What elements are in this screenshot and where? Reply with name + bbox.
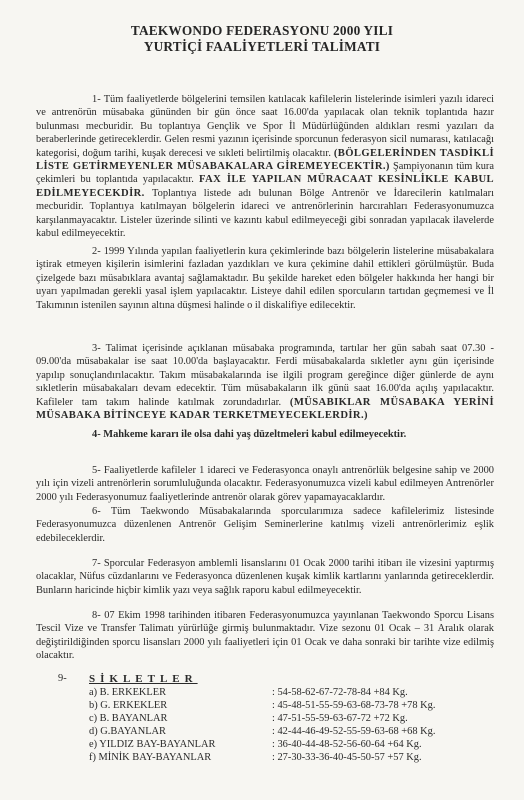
weight-category: c) B. BAYANLAR bbox=[89, 713, 167, 724]
paragraph-number: 4- bbox=[92, 429, 101, 440]
paragraph-text: Faaliyetlerde kafileler 1 idareci ve Fed… bbox=[36, 465, 494, 503]
weight-values: : 27-30-33-36-40-45-50-57 +57 Kg. bbox=[272, 752, 422, 763]
weight-category: d) G.BAYANLAR bbox=[89, 726, 166, 737]
paragraph-7: 7- Sporcular Federasyon amblemli lisansl… bbox=[36, 557, 494, 597]
paragraph-1: 1- Tüm faaliyetlerde bölgelerini temsile… bbox=[36, 93, 494, 240]
paragraph-number: 5- bbox=[92, 465, 101, 476]
weight-row: a) B. ERKEKLER : 54-58-62-67-72-78-84 +8… bbox=[89, 687, 509, 700]
paragraph-text: 1999 Yılında yapılan faaliyetlerin kura … bbox=[36, 246, 494, 311]
paragraph-number: 8- bbox=[92, 610, 101, 621]
document-title-line1: TAEKWONDO FEDERASYONU 2000 YILI bbox=[0, 23, 524, 39]
weight-values: : 47-51-55-59-63-67-72 +72 Kg. bbox=[272, 713, 408, 724]
section-number: 9- bbox=[58, 673, 67, 684]
weight-category: a) B. ERKEKLER bbox=[89, 687, 166, 698]
weight-category: f) MİNİK BAY-BAYANLAR bbox=[89, 752, 211, 763]
weight-row: b) G. ERKEKLER : 45-48-51-55-59-63-68-73… bbox=[89, 700, 509, 713]
paragraph-number: 2- bbox=[92, 246, 101, 257]
paragraph-number: 1- bbox=[92, 94, 101, 105]
document-title-line2: YURTİÇİ FAALİYETLERİ TALİMATI bbox=[0, 39, 524, 55]
paragraph-4: 4- Mahkeme kararı ile olsa dahi yaş düze… bbox=[36, 428, 494, 441]
weight-values: : 45-48-51-55-59-63-68-73-78 +78 Kg. bbox=[272, 700, 435, 711]
paragraph-number: 3- bbox=[92, 343, 101, 354]
weight-values: : 36-40-44-48-52-56-60-64 +64 Kg. bbox=[272, 739, 422, 750]
paragraph-2: 2- 1999 Yılında yapılan faaliyetlerin ku… bbox=[36, 245, 494, 312]
weight-category: b) G. ERKEKLER bbox=[89, 700, 167, 711]
paragraph-number: 7- bbox=[92, 558, 101, 569]
weight-values: : 54-58-62-67-72-78-84 +84 Kg. bbox=[272, 687, 408, 698]
weight-classes-heading: SİKLETLER bbox=[89, 673, 198, 685]
weight-category: e) YILDIZ BAY-BAYANLAR bbox=[89, 739, 215, 750]
weight-row: d) G.BAYANLAR : 42-44-46-49-52-55-59-63-… bbox=[89, 726, 509, 739]
paragraph-6: 6- Tüm Taekwondo Müsabakalarında sporcul… bbox=[36, 505, 494, 545]
weight-row: c) B. BAYANLAR : 47-51-55-59-63-67-72 +7… bbox=[89, 713, 509, 726]
weight-row: e) YILDIZ BAY-BAYANLAR : 36-40-44-48-52-… bbox=[89, 739, 509, 752]
weight-row: f) MİNİK BAY-BAYANLAR : 27-30-33-36-40-4… bbox=[89, 752, 509, 765]
paragraph-text: 07 Ekim 1998 tarihinden itibaren Federas… bbox=[36, 610, 494, 661]
paragraph-text: Mahkeme kararı ile olsa dahi yaş düzeltm… bbox=[103, 429, 406, 440]
paragraph-number: 6- bbox=[92, 506, 101, 517]
weight-values: : 42-44-46-49-52-55-59-63-68 +68 Kg. bbox=[272, 726, 435, 737]
paragraph-3: 3- Talimat içerisinde açıklanan müsabaka… bbox=[36, 342, 494, 422]
paragraph-text: Tüm Taekwondo Müsabakalarında sporcuları… bbox=[36, 506, 494, 544]
paragraph-5: 5- Faaliyetlerde kafileler 1 idareci ve … bbox=[36, 464, 494, 504]
paragraph-8: 8- 07 Ekim 1998 tarihinden itibaren Fede… bbox=[36, 609, 494, 663]
scanned-document-page: TAEKWONDO FEDERASYONU 2000 YILI YURTİÇİ … bbox=[0, 0, 524, 800]
paragraph-text: Sporcular Federasyon amblemli lisansları… bbox=[36, 558, 494, 596]
